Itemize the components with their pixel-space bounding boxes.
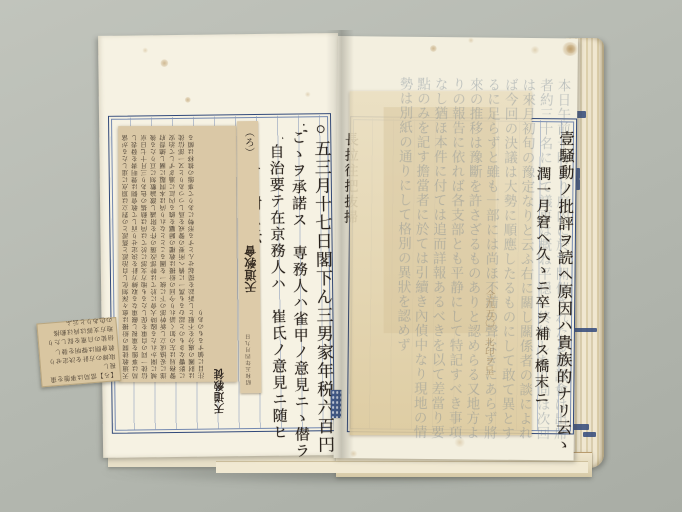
- ink-smudge: [583, 432, 596, 437]
- newspaper-section-title: 天道敎會: [241, 213, 257, 293]
- newspaper-date: 昭和五年四月九日: [244, 303, 255, 385]
- clipping-foldout-flap: 【ろ】當局は事態を重視し 取締の方針を決定せり 敎會側は聲明を發し 信徒の自重を…: [36, 317, 121, 387]
- fox-spot: [305, 91, 311, 97]
- right-page: 長拉往把抜掃 本日午前十時より府內に於て開催されたる協議會は出席者約三十名にして…: [334, 36, 578, 460]
- pencil-note: 仝九五〇 北印ヲ呈: [456, 289, 495, 401]
- archivist-marker-label: （ろ）: [240, 127, 256, 175]
- fox-spot: [160, 59, 168, 67]
- fox-spot: [566, 44, 576, 53]
- clipping-printed-text: 天道敎徒間の紛擾は愈々深刻化し自治派と舊派との對立は頂点に達したるが當局は事態を…: [121, 129, 234, 379]
- fox-spot: [430, 45, 437, 52]
- handwriting-column: 潤一月窘ヘ久ゝニ卒ヲ補ス橋末ニ: [527, 166, 552, 466]
- newspaper-clipping: 天道敎徒間の紛擾は愈々深刻化し自治派と舊派との對立は頂点に達したるが當局は事態を…: [118, 126, 237, 382]
- fox-spot: [468, 37, 474, 43]
- clipping-headline: 天道敎徒: [214, 360, 232, 414]
- fox-spot: [142, 47, 148, 53]
- clipping-edge-strip: （ろ） 天道敎會 昭和五年四月九日: [237, 121, 261, 393]
- left-page: ○五三月十七日閣下ん三男家年税六百円ニ こゝヲ承諾ス 専務人ハ雀甲ノ意見ニゝ僣ラ…: [98, 33, 343, 458]
- photograph-of-archival-book-spread: ○五三月十七日閣下ん三男家年税六百円ニ こゝヲ承諾ス 専務人ハ雀甲ノ意見ニゝ僣ラ…: [0, 0, 682, 512]
- handwriting-column: 自治要テ在京務人ハ 崔氏ノ意見ニ随ヒ: [260, 144, 288, 444]
- gutter-shadow: [326, 30, 354, 458]
- fox-spot: [185, 97, 191, 103]
- flap-printed-text: 【ろ】當局は事態を重視し 取締の方針を決定せり 敎會側は聲明を發し 信徒の自重を…: [40, 319, 118, 384]
